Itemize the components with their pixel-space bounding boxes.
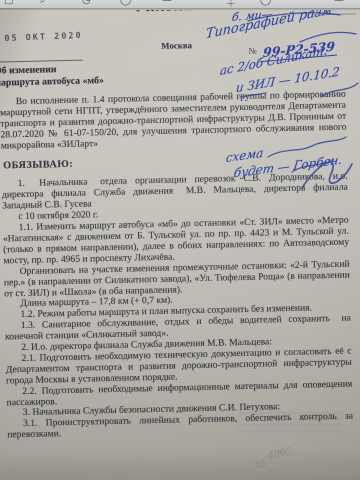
header-separator	[0, 60, 83, 63]
viewer-toolbar: ▢ ⌕ ◷ ◯ — ＋ ◯ · —	[0, 0, 360, 8]
number-field-line	[314, 13, 356, 15]
clock-icon[interactable]: ◷	[82, 0, 91, 6]
dot-icon[interactable]: ·	[296, 0, 299, 6]
pencil-note: 65	[254, 459, 266, 471]
number-sign: №	[249, 46, 257, 56]
line-icon: —	[334, 0, 344, 6]
document-body: Во исполнение п. 1.4 протокола совещания…	[0, 89, 359, 441]
document-photo: ▢ ⌕ ◷ ◯ — ＋ ◯ · — УКАЗАНИЕ 05 ОКТ 2020 М…	[0, 0, 360, 480]
search-icon[interactable]: ⌕	[40, 0, 46, 6]
circle-icon[interactable]: ◯	[120, 0, 131, 6]
window-icon[interactable]: ▢	[4, 0, 13, 6]
bleed-through-text	[238, 408, 342, 436]
plus-icon[interactable]: ＋	[226, 0, 236, 8]
dash-icon: —	[162, 0, 172, 6]
document-page: УКАЗАНИЕ 05 ОКТ 2020 Москва № Об изменен…	[0, 8, 360, 480]
record-icon[interactable]: ◯	[260, 0, 271, 6]
document-subject: Об изменении маршрута автобуса «мб»	[0, 63, 104, 88]
paper-top-edge	[0, 8, 360, 10]
title-clip-region: УКАЗАНИЕ	[0, 8, 356, 22]
subject-line: маршрута автобуса «мб»	[0, 75, 104, 89]
paragraph-obligate: ОБЯЗЫВАЮ:	[1, 153, 347, 172]
paragraph-preamble: Во исполнение п. 1.4 протокола совещания…	[0, 90, 347, 152]
